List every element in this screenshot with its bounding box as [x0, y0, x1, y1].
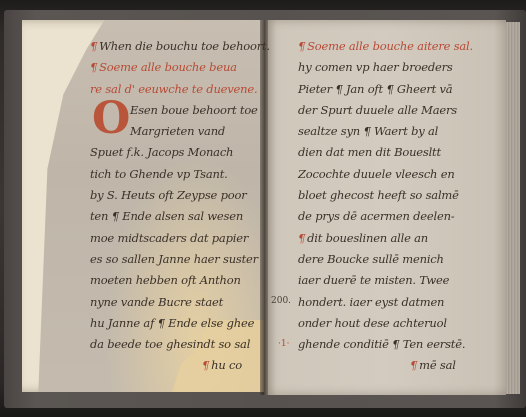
line-text: by S. Heuts oft Zeypse poor	[90, 188, 247, 202]
line-text: hu Janne af ¶ Ende else ghee	[90, 316, 254, 330]
manuscript-line: hy comen vp haer broeders	[298, 57, 473, 78]
manuscript-line: es so sallen Janne haer suster	[90, 249, 270, 270]
manuscript-line: dere Boucke sullē menich	[298, 249, 473, 270]
manuscript-line: moeten hebben oft Anthon	[90, 270, 270, 291]
manuscript-line: hondert. iaer eyst datmen	[298, 292, 473, 313]
manuscript-line: ¶Soeme alle bouche aitere sal.	[298, 36, 473, 57]
line-text: hy comen vp haer broeders	[298, 60, 453, 74]
manuscript-line: Spuet f.k. Jacops Monach	[90, 142, 270, 163]
line-text: Esen boue behoort toe	[130, 103, 258, 117]
line-text: re sal d' eeuwche te duevene.	[90, 82, 257, 96]
line-text: onder hout dese achteruol	[298, 316, 447, 330]
line-text: Spuet f.k. Jacops Monach	[90, 145, 233, 159]
manuscript-line: bloet ghecost heeft so salmē	[298, 185, 473, 206]
line-text: sealtze syn ¶ Waert by al	[298, 124, 438, 138]
pilcrow-mark: ¶	[298, 39, 305, 53]
manuscript-line: der Spurt duuele alle Maers	[298, 100, 473, 121]
manuscript-line: by S. Heuts oft Zeypse poor	[90, 185, 270, 206]
line-text: de prys dē acermen deelen-	[298, 209, 454, 223]
line-text: dien dat men dit Bouesltt	[298, 145, 441, 159]
manuscript-line: ¶hu co	[90, 355, 270, 376]
line-text: ten ¶ Ende alsen sal wesen	[90, 209, 243, 223]
manuscript-line: ten ¶ Ende alsen sal wesen	[90, 206, 270, 227]
line-text: bloet ghecost heeft so salmē	[298, 188, 459, 202]
manuscript-line: ¶mē sal	[298, 355, 473, 376]
line-text: tich to Ghende vp Tsant.	[90, 167, 228, 181]
manuscript-line: sealtze syn ¶ Waert by al	[298, 121, 473, 142]
manuscript-line: Zocochte duuele vleesch en	[298, 164, 473, 185]
pilcrow-mark: ¶	[202, 358, 209, 372]
left-page-text: ¶When die bouchu toe behoort.¶Soeme alle…	[90, 36, 270, 377]
manuscript-line: moe midtscaders dat papier	[90, 228, 270, 249]
line-text: Zocochte duuele vleesch en	[298, 167, 455, 181]
line-text: moe midtscaders dat papier	[90, 231, 248, 245]
line-text: hondert. iaer eyst datmen	[298, 295, 444, 309]
line-text: nyne vande Bucre staet	[90, 295, 223, 309]
manuscript-line: Pieter ¶ Jan oft ¶ Gheert vā	[298, 79, 473, 100]
line-text: mē sal	[419, 358, 456, 372]
manuscript-line: re sal d' eeuwche te duevene.	[90, 79, 270, 100]
manuscript-line: ¶When die bouchu toe behoort.	[90, 36, 270, 57]
pilcrow-mark: ¶	[298, 231, 305, 245]
line-text: dit boueslinen alle an	[307, 231, 428, 245]
line-text: Soeme alle bouche aitere sal.	[307, 39, 473, 53]
manuscript-line: nyne vande Bucre staet	[90, 292, 270, 313]
manuscript-line: de prys dē acermen deelen-	[298, 206, 473, 227]
line-text: da beede toe ghesindt so sal	[90, 337, 250, 351]
line-text: dere Boucke sullē menich	[298, 252, 444, 266]
pilcrow-mark: ¶	[90, 60, 97, 74]
pilcrow-mark: ¶	[410, 358, 417, 372]
manuscript-line: ¶dit boueslinen alle an	[298, 228, 473, 249]
margin-note-200: 200.	[271, 296, 291, 306]
line-text: hu co	[211, 358, 242, 372]
line-text: iaer duerē te misten. Twee	[298, 273, 449, 287]
manuscript-line: hu Janne af ¶ Ende else ghee	[90, 313, 270, 334]
manuscript-line: dien dat men dit Bouesltt	[298, 142, 473, 163]
line-text: Margrieten vand	[130, 124, 225, 138]
line-text: Pieter ¶ Jan oft ¶ Gheert vā	[298, 82, 452, 96]
manuscript-line: ghende conditiē ¶ Ten eerstē.	[298, 334, 473, 355]
pilcrow-mark: ¶	[90, 39, 97, 53]
line-text: es so sallen Janne haer suster	[90, 252, 258, 266]
line-text: ghende conditiē ¶ Ten eerstē.	[298, 337, 465, 351]
manuscript-line: Esen boue behoort toe	[90, 100, 270, 121]
page-edges	[506, 22, 520, 394]
manuscript-line: da beede toe ghesindt so sal	[90, 334, 270, 355]
manuscript-photo: O ¶When die bouchu toe behoort.¶Soeme al…	[0, 0, 526, 417]
line-text: When die bouchu toe behoort.	[99, 39, 270, 53]
manuscript-line: Margrieten vand	[90, 121, 270, 142]
manuscript-line: onder hout dese achteruol	[298, 313, 473, 334]
margin-note-1: ·1·	[278, 339, 289, 349]
line-text: moeten hebben oft Anthon	[90, 273, 241, 287]
line-text: Soeme alle bouche beua	[99, 60, 237, 74]
right-page-text: ¶Soeme alle bouche aitere sal.hy comen v…	[298, 36, 473, 377]
manuscript-line: tich to Ghende vp Tsant.	[90, 164, 270, 185]
manuscript-line: iaer duerē te misten. Twee	[298, 270, 473, 291]
manuscript-line: ¶Soeme alle bouche beua	[90, 57, 270, 78]
line-text: der Spurt duuele alle Maers	[298, 103, 457, 117]
